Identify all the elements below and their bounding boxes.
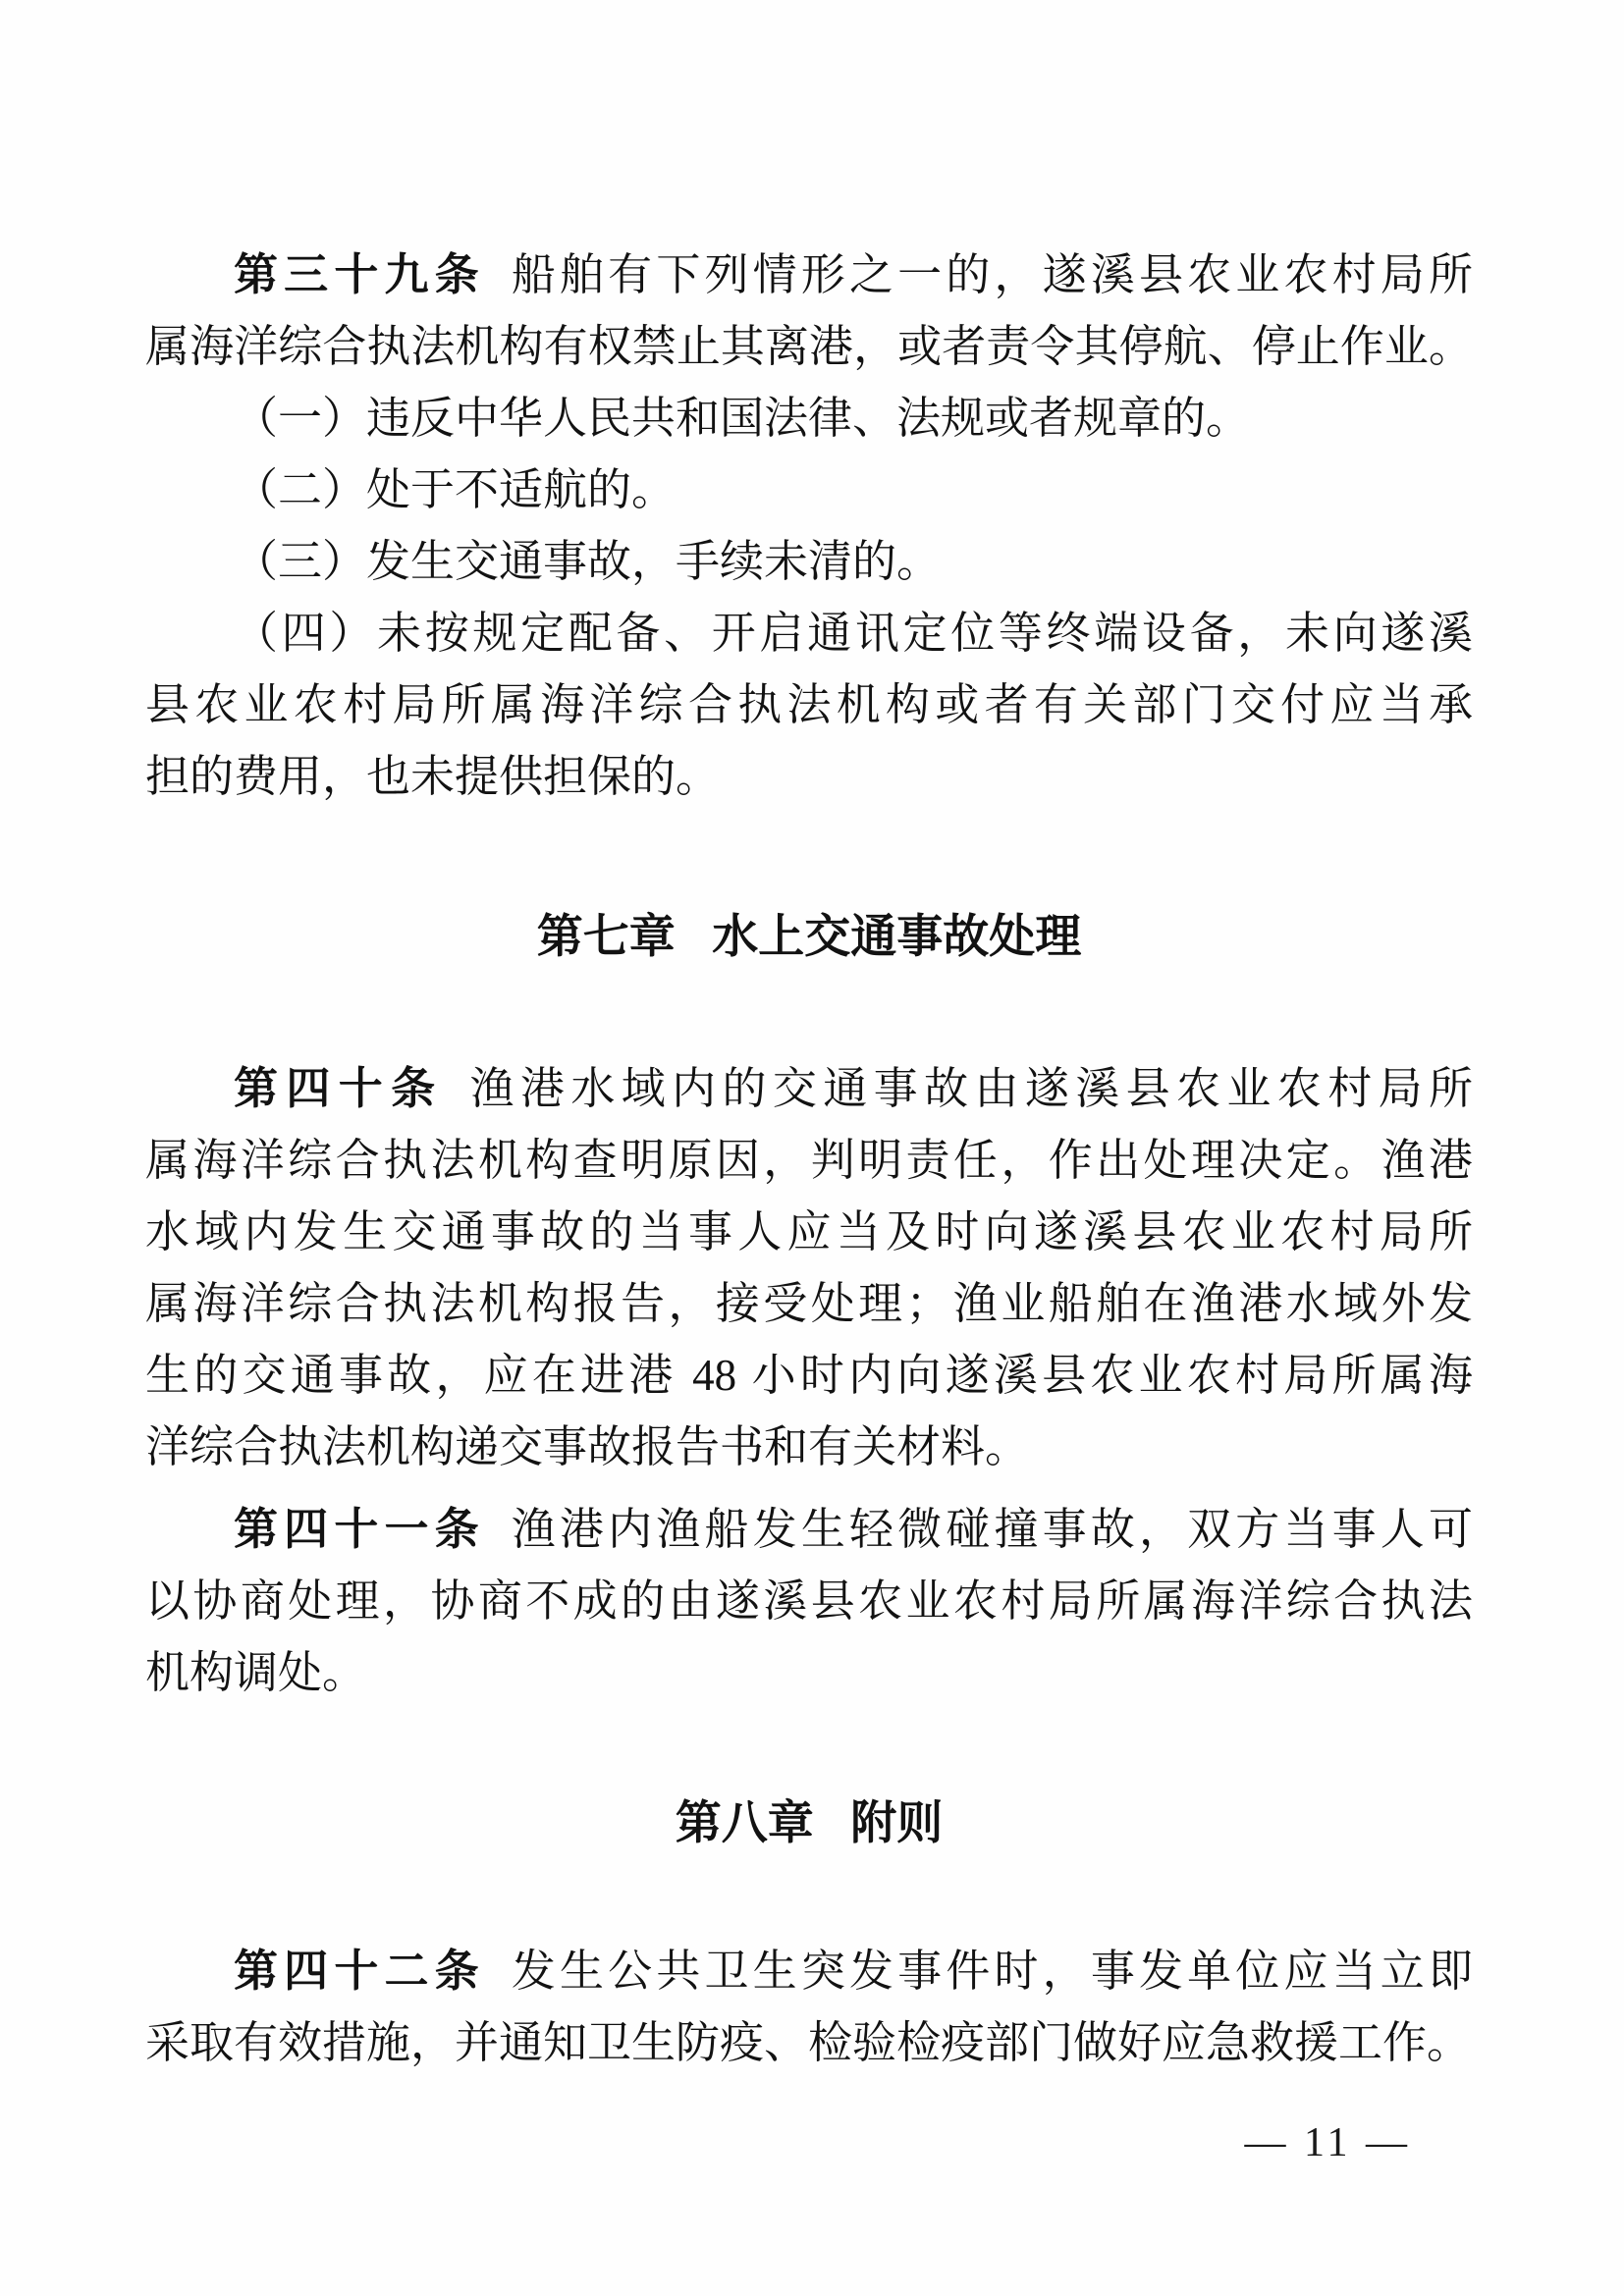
article-39-item-4-line-3: 担的费用，也未提供担保的。 xyxy=(145,741,1473,813)
article-40-line-5: 生的交通事故，应在进港 48 小时内向遂溪县农业农村局所属海 xyxy=(145,1340,1473,1412)
chapter-8-heading: 第八章 附则 xyxy=(145,1787,1473,1858)
document-page: 第三十九条船舶有下列情形之一的，遂溪县农业农村局所 属海洋综合执法机构有权禁止其… xyxy=(0,0,1624,2296)
article-41-line-1: 第四十一条渔港内渔船发生轻微碰撞事故，双方当事人可 xyxy=(145,1493,1473,1566)
article-41-number: 第四十一条 xyxy=(234,1504,485,1554)
article-40-line-2: 属海洋综合执法机构查明原因，判明责任，作出处理决定。渔港 xyxy=(145,1125,1473,1197)
article-41-line-3: 机构调处。 xyxy=(145,1637,1473,1709)
article-39: 第三十九条船舶有下列情形之一的，遂溪县农业农村局所 属海洋综合执法机构有权禁止其… xyxy=(145,239,1473,813)
article-40-number: 第四十条 xyxy=(234,1063,444,1113)
article-40-line-4: 属海洋综合执法机构报告，接受处理；渔业船舶在渔港水域外发 xyxy=(145,1268,1473,1340)
article-42-line-2: 采取有效措施，并通知卫生防疫、检验检疫部门做好应急救援工作。 xyxy=(145,2007,1473,2079)
chapter-7-heading: 第七章 水上交通事故处理 xyxy=(145,900,1473,972)
article-42-line-1: 第四十二条发生公共卫生突发事件时，事发单位应当立即 xyxy=(145,1935,1473,2007)
article-39-item-2: （二）处于不适航的。 xyxy=(145,454,1473,526)
article-39-number: 第三十九条 xyxy=(234,249,485,299)
chapter-7-number: 第七章 xyxy=(537,900,676,972)
article-39-line-1: 第三十九条船舶有下列情形之一的，遂溪县农业农村局所 xyxy=(145,239,1473,311)
article-40-line-1: 第四十条渔港水域内的交通事故由遂溪县农业农村局所 xyxy=(145,1052,1473,1125)
article-39-item-1: （一）违反中华人民共和国法律、法规或者规章的。 xyxy=(145,383,1473,454)
article-40-text-1: 渔港水域内的交通事故由遂溪县农业农村局所 xyxy=(470,1064,1473,1113)
article-39-line-2: 属海洋综合执法机构有权禁止其离港，或者责令其停航、停止作业。 xyxy=(145,311,1473,383)
article-39-text-1: 船舶有下列情形之一的，遂溪县农业农村局所 xyxy=(512,250,1473,299)
article-40: 第四十条渔港水域内的交通事故由遂溪县农业农村局所 属海洋综合执法机构查明原因，判… xyxy=(145,1052,1473,1483)
chapter-8-number: 第八章 xyxy=(676,1787,814,1858)
document-content: 第三十九条船舶有下列情形之一的，遂溪县农业农村局所 属海洋综合执法机构有权禁止其… xyxy=(145,239,1473,2079)
article-41: 第四十一条渔港内渔船发生轻微碰撞事故，双方当事人可 以协商处理，协商不成的由遂溪… xyxy=(145,1493,1473,1709)
article-42: 第四十二条发生公共卫生突发事件时，事发单位应当立即 采取有效措施，并通知卫生防疫… xyxy=(145,1935,1473,2079)
article-42-number: 第四十二条 xyxy=(234,1946,485,1996)
article-41-text-1: 渔港内渔船发生轻微碰撞事故，双方当事人可 xyxy=(512,1505,1473,1554)
article-40-line-6: 洋综合执法机构递交事故报告书和有关材料。 xyxy=(145,1412,1473,1483)
article-39-item-3: （三）发生交通事故，手续未清的。 xyxy=(145,526,1473,598)
article-39-item-4-line-1: （四）未按规定配备、开启通讯定位等终端设备，未向遂溪 xyxy=(145,598,1473,669)
article-42-text-1: 发生公共卫生突发事件时，事发单位应当立即 xyxy=(512,1947,1473,1996)
chapter-8-title: 附则 xyxy=(850,1787,943,1858)
page-number: — 11 — xyxy=(1245,2118,1411,2167)
article-39-item-4-line-2: 县农业农村局所属海洋综合执法机构或者有关部门交付应当承 xyxy=(145,669,1473,741)
article-40-line-3: 水域内发生交通事故的当事人应当及时向遂溪县农业农村局所 xyxy=(145,1197,1473,1268)
article-41-line-2: 以协商处理，协商不成的由遂溪县农业农村局所属海洋综合执法 xyxy=(145,1566,1473,1637)
chapter-7-title: 水上交通事故处理 xyxy=(712,900,1081,972)
